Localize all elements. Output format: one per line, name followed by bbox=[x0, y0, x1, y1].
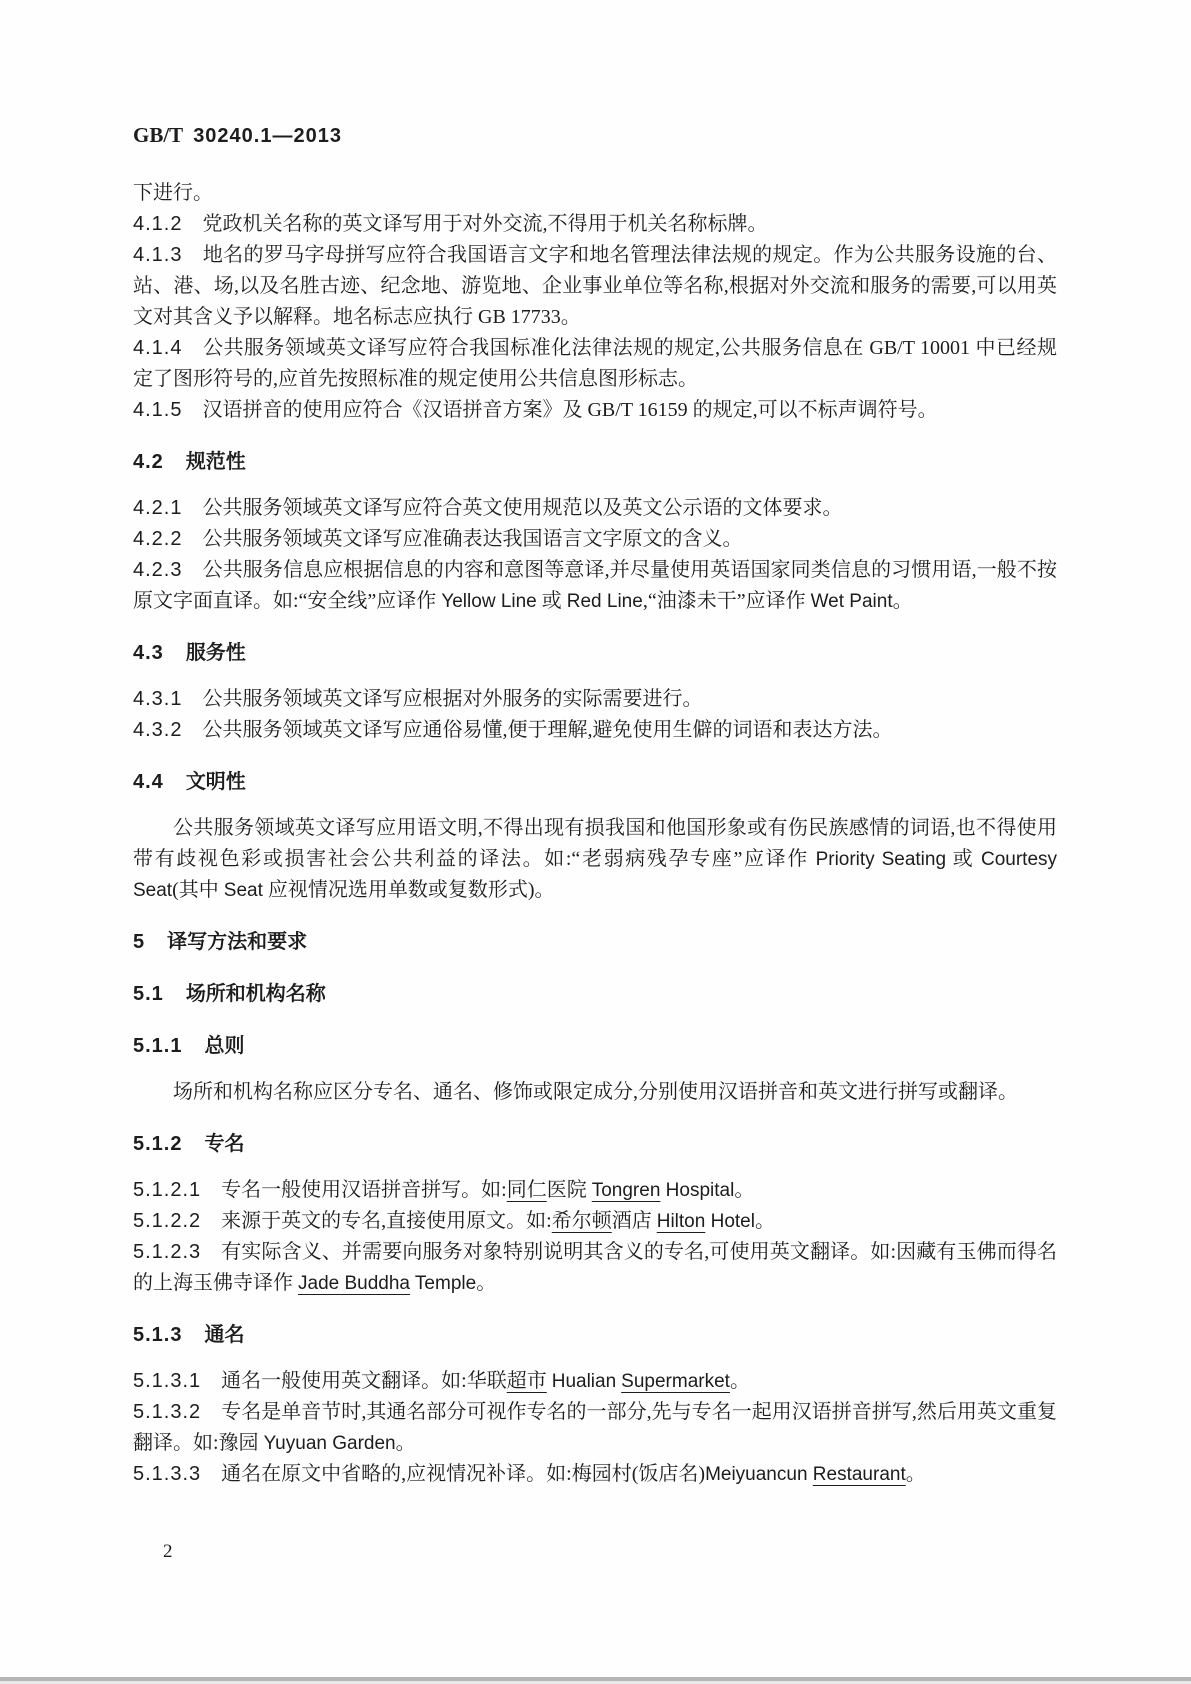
text-run: 有实际含义、并需要向服务对象特别说明其含义的专名,可使用英文翻译。如:因藏有玉佛… bbox=[133, 1241, 1057, 1294]
underlined-term: 希尔顿 bbox=[552, 1210, 612, 1232]
text-run: 或 bbox=[537, 590, 567, 612]
text-run: Priority Seating bbox=[816, 849, 946, 870]
heading-5: 5译写方法和要求 bbox=[133, 927, 1057, 958]
underlined-term: 超市 bbox=[507, 1370, 547, 1392]
text-run: (其中 bbox=[172, 879, 224, 901]
text-run: 通名一般使用英文翻译。如:华联 bbox=[221, 1370, 507, 1392]
text-run: Wet Paint bbox=[811, 591, 893, 612]
clause-4.2.2: 4.2.2公共服务领域英文译写应准确表达我国语言文字原文的含义。 bbox=[133, 524, 1057, 555]
heading-number: 5.1 bbox=[133, 983, 164, 1005]
text-run: Yellow Line bbox=[441, 591, 536, 612]
heading-text: 专名 bbox=[204, 1133, 244, 1155]
heading-text: 通名 bbox=[204, 1324, 244, 1346]
text-run: 。 bbox=[396, 1432, 416, 1454]
text-run: Hospital bbox=[660, 1180, 734, 1201]
document-page: GB/T30240.1—2013 下进行。4.1.2党政机关名称的英文译写用于对… bbox=[0, 0, 1191, 1684]
text-run: 医院 bbox=[547, 1179, 592, 1201]
clause-4.2.3: 4.2.3公共服务信息应根据信息的内容和意图等意译,并尽量使用英语国家同类信息的… bbox=[133, 555, 1057, 617]
heading-4.2: 4.2规范性 bbox=[133, 447, 1057, 478]
text-run: 公共服务领域英文译写应通俗易懂,便于理解,避免使用生僻的词语和表达方法。 bbox=[202, 719, 892, 741]
underlined-term: Supermarket bbox=[621, 1371, 730, 1392]
scan-bottom-edge bbox=[0, 1677, 1191, 1684]
heading-number: 5.1.3 bbox=[133, 1324, 182, 1346]
text-run: 。 bbox=[730, 1370, 750, 1392]
clause-4.1.4: 4.1.4公共服务领域英文译写应符合我国标准化法律法规的规定,公共服务信息在 G… bbox=[133, 333, 1057, 395]
clause-number: 4.3.1 bbox=[133, 688, 182, 710]
text-run: 应视情况选用单数或复数形式)。 bbox=[263, 879, 555, 901]
heading-5.1: 5.1场所和机构名称 bbox=[133, 979, 1057, 1010]
text-run: 公共服务领域英文译写应根据对外服务的实际需要进行。 bbox=[202, 688, 702, 710]
text-run: 地名的罗马字母拼写应符合我国语言文字和地名管理法律法规的规定。作为公共服务设施的… bbox=[133, 244, 1057, 328]
heading-number: 5.1.2 bbox=[133, 1133, 182, 1155]
clause-5.1.2.2: 5.1.2.2来源于英文的专名,直接使用原文。如:希尔顿酒店 Hilton Ho… bbox=[133, 1206, 1057, 1237]
clause-5.1.3.1: 5.1.3.1通名一般使用英文翻译。如:华联超市 Hualian Superma… bbox=[133, 1366, 1057, 1397]
text-run: Hualian bbox=[552, 1371, 616, 1392]
clause-5.1.2.1: 5.1.2.1专名一般使用汉语拼音拼写。如:同仁医院 Tongren Hospi… bbox=[133, 1175, 1057, 1206]
heading-4.3: 4.3服务性 bbox=[133, 638, 1057, 669]
clause-5.1.3.2: 5.1.3.2专名是单音节时,其通名部分可视作专名的一部分,先与专名一起用汉语拼… bbox=[133, 1397, 1057, 1459]
heading-text: 场所和机构名称 bbox=[186, 983, 326, 1005]
clause-5.1.3.3: 5.1.3.3通名在原文中省略的,应视情况补译。如:梅园村(饭店名)Meiyua… bbox=[133, 1459, 1057, 1490]
clause-4.1.3: 4.1.3地名的罗马字母拼写应符合我国语言文字和地名管理法律法规的规定。作为公共… bbox=[133, 240, 1057, 333]
clause-4.3.1: 4.3.1公共服务领域英文译写应根据对外服务的实际需要进行。 bbox=[133, 684, 1057, 715]
clause-4.3.2: 4.3.2公共服务领域英文译写应通俗易懂,便于理解,避免使用生僻的词语和表达方法… bbox=[133, 715, 1057, 746]
heading-text: 服务性 bbox=[186, 642, 246, 664]
heading-number: 5 bbox=[133, 931, 145, 953]
clause-number: 4.1.5 bbox=[133, 399, 182, 421]
clause-number: 5.1.2.2 bbox=[133, 1210, 201, 1232]
text-run: 公共服务领域英文译写应符合我国标准化法律法规的规定,公共服务信息在 GB/T 1… bbox=[133, 337, 1057, 390]
heading-number: 4.3 bbox=[133, 642, 164, 664]
underlined-term: 同仁 bbox=[507, 1179, 547, 1201]
clause-number: 4.1.2 bbox=[133, 213, 182, 235]
text-run: 党政机关名称的英文译写用于对外交流,不得用于机关名称标牌。 bbox=[202, 213, 767, 235]
heading-5.1.2: 5.1.2专名 bbox=[133, 1129, 1057, 1160]
text-run: 场所和机构名称应区分专名、通名、修饰或限定成分,分别使用汉语拼音和英文进行拼写或… bbox=[173, 1081, 1018, 1103]
text-run: Hotel bbox=[705, 1211, 755, 1232]
page-header: GB/T30240.1—2013 bbox=[133, 124, 1057, 147]
text-run: 。 bbox=[893, 590, 913, 612]
clause-4.1.5: 4.1.5汉语拼音的使用应符合《汉语拼音方案》及 GB/T 16159 的规定,… bbox=[133, 395, 1057, 426]
clause-number: 5.1.3.3 bbox=[133, 1463, 201, 1485]
clause-number: 5.1.2.3 bbox=[133, 1241, 201, 1263]
paragraph: 场所和机构名称应区分专名、通名、修饰或限定成分,分别使用汉语拼音和英文进行拼写或… bbox=[133, 1077, 1057, 1108]
heading-text: 总则 bbox=[204, 1035, 244, 1057]
heading-text: 文明性 bbox=[186, 771, 246, 793]
text-run: 。 bbox=[476, 1272, 496, 1294]
clause-number: 4.1.3 bbox=[133, 244, 182, 266]
text-run: 下进行。 bbox=[133, 182, 213, 204]
text-run: ,“油漆未干”应译作 bbox=[643, 590, 811, 612]
text-run: 公共服务领域英文译写应准确表达我国语言文字原文的含义。 bbox=[202, 528, 742, 550]
clause-number: 5.1.3.1 bbox=[133, 1370, 201, 1392]
page-footer: 2 bbox=[133, 1540, 1057, 1563]
text-run: Seat bbox=[224, 880, 263, 901]
underlined-term: Tongren bbox=[592, 1180, 661, 1201]
clause-number: 4.2.3 bbox=[133, 559, 182, 581]
heading-number: 4.4 bbox=[133, 771, 164, 793]
underlined-term: Restaurant bbox=[813, 1464, 906, 1485]
text-run: Red Line bbox=[567, 591, 643, 612]
text-run: 来源于英文的专名,直接使用原文。如: bbox=[221, 1210, 552, 1232]
page-content-column: GB/T30240.1—2013 下进行。4.1.2党政机关名称的英文译写用于对… bbox=[0, 0, 1191, 1563]
text-run: 。 bbox=[906, 1463, 926, 1485]
document-body: 下进行。4.1.2党政机关名称的英文译写用于对外交流,不得用于机关名称标牌。4.… bbox=[133, 178, 1057, 1490]
text-run: 。 bbox=[755, 1210, 775, 1232]
heading-5.1.3: 5.1.3通名 bbox=[133, 1320, 1057, 1351]
text-run: Temple bbox=[410, 1273, 476, 1294]
text-run: 汉语拼音的使用应符合《汉语拼音方案》及 GB/T 16159 的规定,可以不标声… bbox=[202, 399, 937, 421]
clause-4.2.1: 4.2.1公共服务领域英文译写应符合英文使用规范以及英文公示语的文体要求。 bbox=[133, 493, 1057, 524]
text-run: 。 bbox=[734, 1179, 754, 1201]
clause-number: 5.1.2.1 bbox=[133, 1179, 201, 1201]
standard-code-number: 30240.1—2013 bbox=[193, 125, 342, 147]
page-number: 2 bbox=[163, 1541, 173, 1562]
clause-number: 4.1.4 bbox=[133, 337, 182, 359]
text-run: 通名在原文中省略的,应视情况补译。如:梅园村(饭店名) bbox=[221, 1463, 705, 1485]
clause-number: 4.2.2 bbox=[133, 528, 182, 550]
paragraph: 下进行。 bbox=[133, 178, 1057, 209]
clause-4.1.2: 4.1.2党政机关名称的英文译写用于对外交流,不得用于机关名称标牌。 bbox=[133, 209, 1057, 240]
clause-5.1.2.3: 5.1.2.3有实际含义、并需要向服务对象特别说明其含义的专名,可使用英文翻译。… bbox=[133, 1237, 1057, 1299]
clause-number: 4.3.2 bbox=[133, 719, 182, 741]
text-run: 或 bbox=[946, 848, 981, 870]
paragraph: 公共服务领域英文译写应用语文明,不得出现有损我国和他国形象或有伤民族感情的词语,… bbox=[133, 813, 1057, 906]
heading-text: 译写方法和要求 bbox=[167, 931, 307, 953]
heading-number: 5.1.1 bbox=[133, 1035, 182, 1057]
clause-number: 5.1.3.2 bbox=[133, 1401, 201, 1423]
underlined-term: Hilton bbox=[657, 1211, 706, 1232]
heading-4.4: 4.4文明性 bbox=[133, 767, 1057, 798]
text-run: Yuyuan Garden bbox=[264, 1433, 396, 1454]
underlined-term: Jade Buddha bbox=[298, 1273, 410, 1294]
text-run: Meiyuancun bbox=[705, 1464, 813, 1485]
heading-number: 4.2 bbox=[133, 451, 164, 473]
text-run: 公共服务领域英文译写应符合英文使用规范以及英文公示语的文体要求。 bbox=[202, 497, 842, 519]
text-run: 专名一般使用汉语拼音拼写。如: bbox=[221, 1179, 507, 1201]
clause-number: 4.2.1 bbox=[133, 497, 182, 519]
heading-text: 规范性 bbox=[186, 451, 246, 473]
text-run: 酒店 bbox=[612, 1210, 657, 1232]
heading-5.1.1: 5.1.1总则 bbox=[133, 1031, 1057, 1062]
standard-code-prefix: GB/T bbox=[133, 123, 183, 147]
